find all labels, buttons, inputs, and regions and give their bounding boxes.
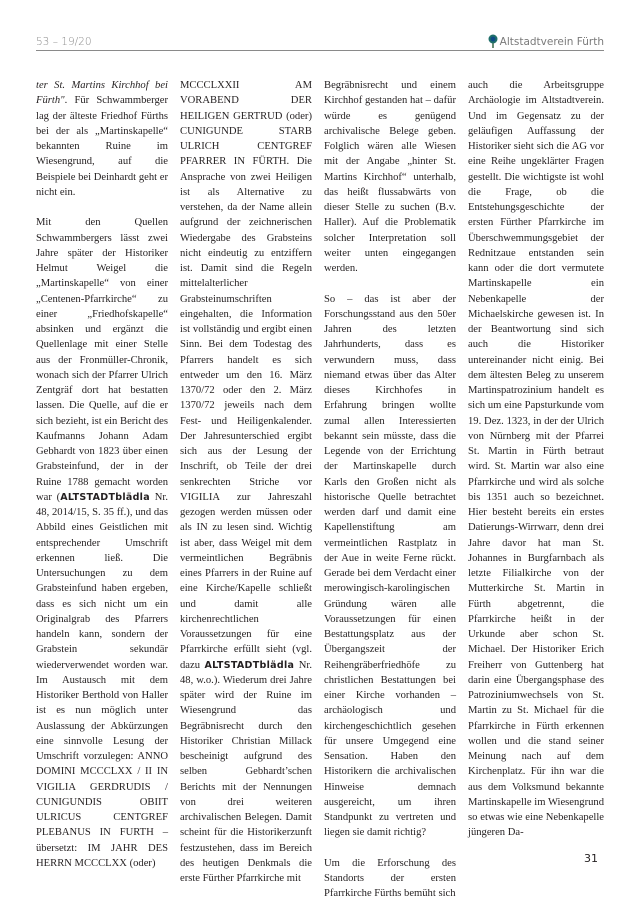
paragraph: So – das ist aber der Forschungsstand au… (324, 292, 456, 841)
tree-icon (488, 34, 498, 48)
paragraph: Um die Erforschung des Standorts der ers… (324, 856, 456, 900)
paragraph: Begräbnisrecht und einem Kirchhof gestan… (324, 78, 456, 276)
text-column-3: Begräbnisrecht und einem Kirchhof gestan… (324, 78, 456, 900)
page-header: 53 – 19/20 Altstadtverein Fürth (36, 30, 604, 51)
page-number: 31 (584, 852, 598, 865)
magazine-name: ALTSTADTblädla (205, 660, 295, 671)
paragraph: Mit den Quellen Schwammbergers lässt zwe… (36, 215, 168, 871)
publisher-brand: Altstadtverein Fürth (488, 34, 604, 48)
text-column-4: auch die Arbeitsgruppe Archäologie im Al… (468, 78, 604, 841)
article-body: ter St. Martins Kirchhof bei Fürth". Für… (36, 78, 610, 868)
paragraph: auch die Arbeitsgruppe Archäologie im Al… (468, 78, 604, 841)
paragraph: MCCCLXXII AM VORABEND DER HEILIGEN GERTR… (180, 78, 312, 886)
issue-number: 53 – 19/20 (36, 36, 92, 48)
paragraph: ter St. Martins Kirchhof bei Fürth". Für… (36, 78, 168, 200)
brand-name: Altstadtverein Fürth (500, 36, 604, 48)
text-column-2: MCCCLXXII AM VORABEND DER HEILIGEN GERTR… (180, 78, 312, 886)
magazine-name: ALTSTADTblädla (60, 492, 150, 503)
text-column-1: ter St. Martins Kirchhof bei Fürth". Für… (36, 78, 168, 871)
